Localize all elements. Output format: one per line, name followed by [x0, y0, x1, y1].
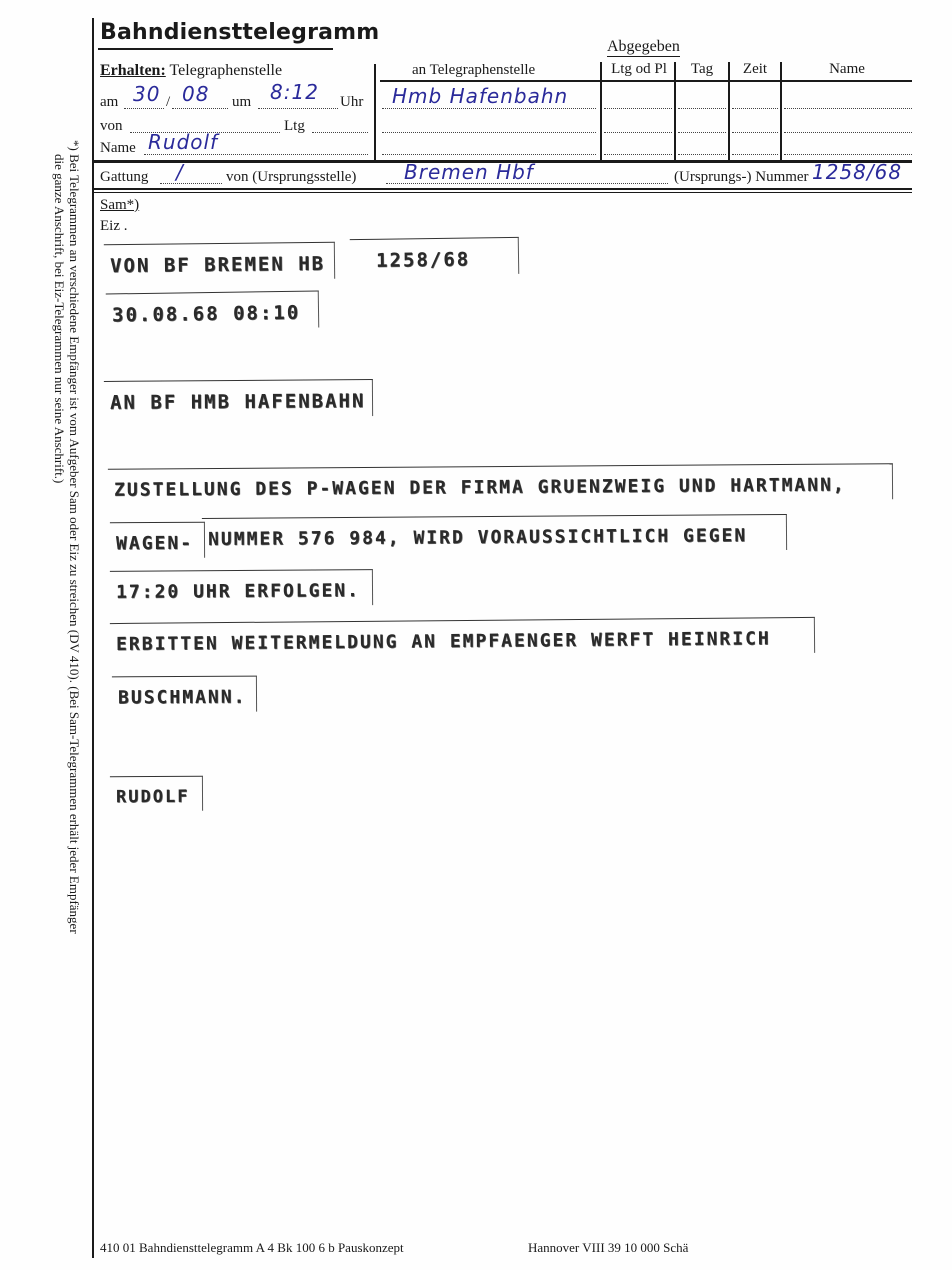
- strip-to: AN BF HMB HAFENBAHN: [104, 379, 373, 418]
- an-station-field-1[interactable]: [382, 108, 596, 109]
- strip-signature: RUDOLF: [110, 776, 203, 811]
- title-underline: [98, 48, 333, 50]
- abg-tag-field-3[interactable]: [678, 154, 726, 155]
- gattung-field[interactable]: [160, 183, 222, 184]
- time-field[interactable]: [258, 108, 338, 109]
- sam-label: Sam*): [100, 197, 139, 214]
- footnote-line-2: die ganze Anschrift, bei Eiz-Telegrammen…: [52, 140, 67, 1100]
- column-divider-an: [374, 64, 376, 160]
- col-zeit: Zeit: [730, 61, 780, 78]
- gattung-separator-2: [94, 192, 912, 193]
- strip-message-3: 17:20 UHR ERFOLGEN.: [110, 569, 373, 607]
- von-label: von: [100, 118, 123, 135]
- column-divider-ltg: [600, 62, 602, 160]
- abgegeben-header-line: [602, 80, 912, 82]
- col-name: Name: [782, 61, 912, 78]
- gattung-label: Gattung: [100, 169, 148, 186]
- name-value: Rudolf: [148, 130, 218, 154]
- strip-message-2b: NUMMER 576 984, WIRD VORAUSSICHTLICH GEG…: [202, 514, 787, 554]
- strip-message-4: ERBITTEN WEITERMELDUNG AN EMPFAENGER WER…: [110, 617, 815, 659]
- column-divider-name: [780, 62, 782, 160]
- an-station-field-2[interactable]: [382, 132, 596, 133]
- ursprungs-nummer-value: 1258/68: [812, 160, 902, 184]
- eiz-label: Eiz .: [100, 218, 128, 235]
- abg-tag-field-1[interactable]: [678, 108, 726, 109]
- column-divider-tag: [674, 62, 676, 160]
- date-day: 30: [133, 82, 160, 106]
- name-field[interactable]: [144, 154, 368, 155]
- footnote-vertical: *) Bei Telegrammen an verschiedene Empfä…: [42, 140, 82, 1100]
- strip-number: 1258/68: [350, 237, 520, 276]
- ltg-field[interactable]: [312, 132, 368, 133]
- received-label: Erhalten:: [100, 62, 166, 79]
- ltg-label: Ltg: [284, 118, 305, 135]
- abg-name-field-1[interactable]: [784, 108, 912, 109]
- abg-tag-field-2[interactable]: [678, 132, 726, 133]
- am-label: am: [100, 94, 118, 111]
- um-label: um: [232, 94, 251, 111]
- form-title: Bahndiensttelegramm: [100, 20, 379, 45]
- name-label: Name: [100, 140, 136, 157]
- abg-zeit-field-2[interactable]: [732, 132, 778, 133]
- received-station-label: Telegraphenstelle: [170, 62, 283, 79]
- am-month-field[interactable]: [172, 108, 228, 109]
- ursprungs-nummer-label: (Ursprungs-) Nummer: [674, 169, 809, 186]
- abg-ltg-field-1[interactable]: [604, 108, 672, 109]
- ursprungsstelle-label: von (Ursprungsstelle): [226, 169, 356, 186]
- form-left-border: [92, 18, 94, 1258]
- strip-message-2a: WAGEN-: [110, 522, 205, 558]
- strip-message-5: BUSCHMANN.: [112, 676, 257, 713]
- footer-printer: Hannover VIII 39 10 000 Schä: [528, 1240, 688, 1256]
- date-separator: /: [166, 94, 170, 111]
- gattung-value: /: [176, 160, 184, 184]
- abg-ltg-field-3[interactable]: [604, 154, 672, 155]
- an-station-field-3[interactable]: [382, 154, 596, 155]
- footnote-line-1: *) Bei Telegrammen an verschiedene Empfä…: [67, 140, 82, 1100]
- col-ltg-od-pl: Ltg od Pl: [606, 61, 672, 78]
- col-tag: Tag: [676, 61, 728, 78]
- gattung-separator-1: [94, 188, 912, 190]
- received-header: Erhalten: Telegraphenstelle: [100, 62, 282, 80]
- abg-ltg-field-2[interactable]: [604, 132, 672, 133]
- column-divider-zeit: [728, 62, 730, 160]
- strip-from: VON BF BREMEN HB: [104, 242, 335, 281]
- abg-name-field-2[interactable]: [784, 132, 912, 133]
- an-station-label: an Telegraphenstelle: [412, 62, 535, 79]
- abg-zeit-field-3[interactable]: [732, 154, 778, 155]
- ursprungsstelle-value: Bremen Hbf: [404, 160, 534, 184]
- uhr-label: Uhr: [340, 94, 363, 111]
- an-station-value: Hmb Hafenbahn: [392, 84, 568, 108]
- abg-zeit-field-1[interactable]: [732, 108, 778, 109]
- strip-datetime: 30.08.68 08:10: [106, 291, 319, 331]
- strip-message-1: ZUSTELLUNG DES P-WAGEN DER FIRMA GRUENZW…: [108, 463, 893, 504]
- date-month: 08: [182, 82, 209, 106]
- abgegeben-label: Abgegeben: [607, 38, 680, 57]
- abg-name-field-3[interactable]: [784, 154, 912, 155]
- an-station-underline: [380, 80, 600, 82]
- footer-form-code: 410 01 Bahndiensttelegramm A 4 Bk 100 6 …: [100, 1240, 404, 1256]
- time-value: 8:12: [270, 80, 319, 104]
- am-day-field[interactable]: [124, 108, 164, 109]
